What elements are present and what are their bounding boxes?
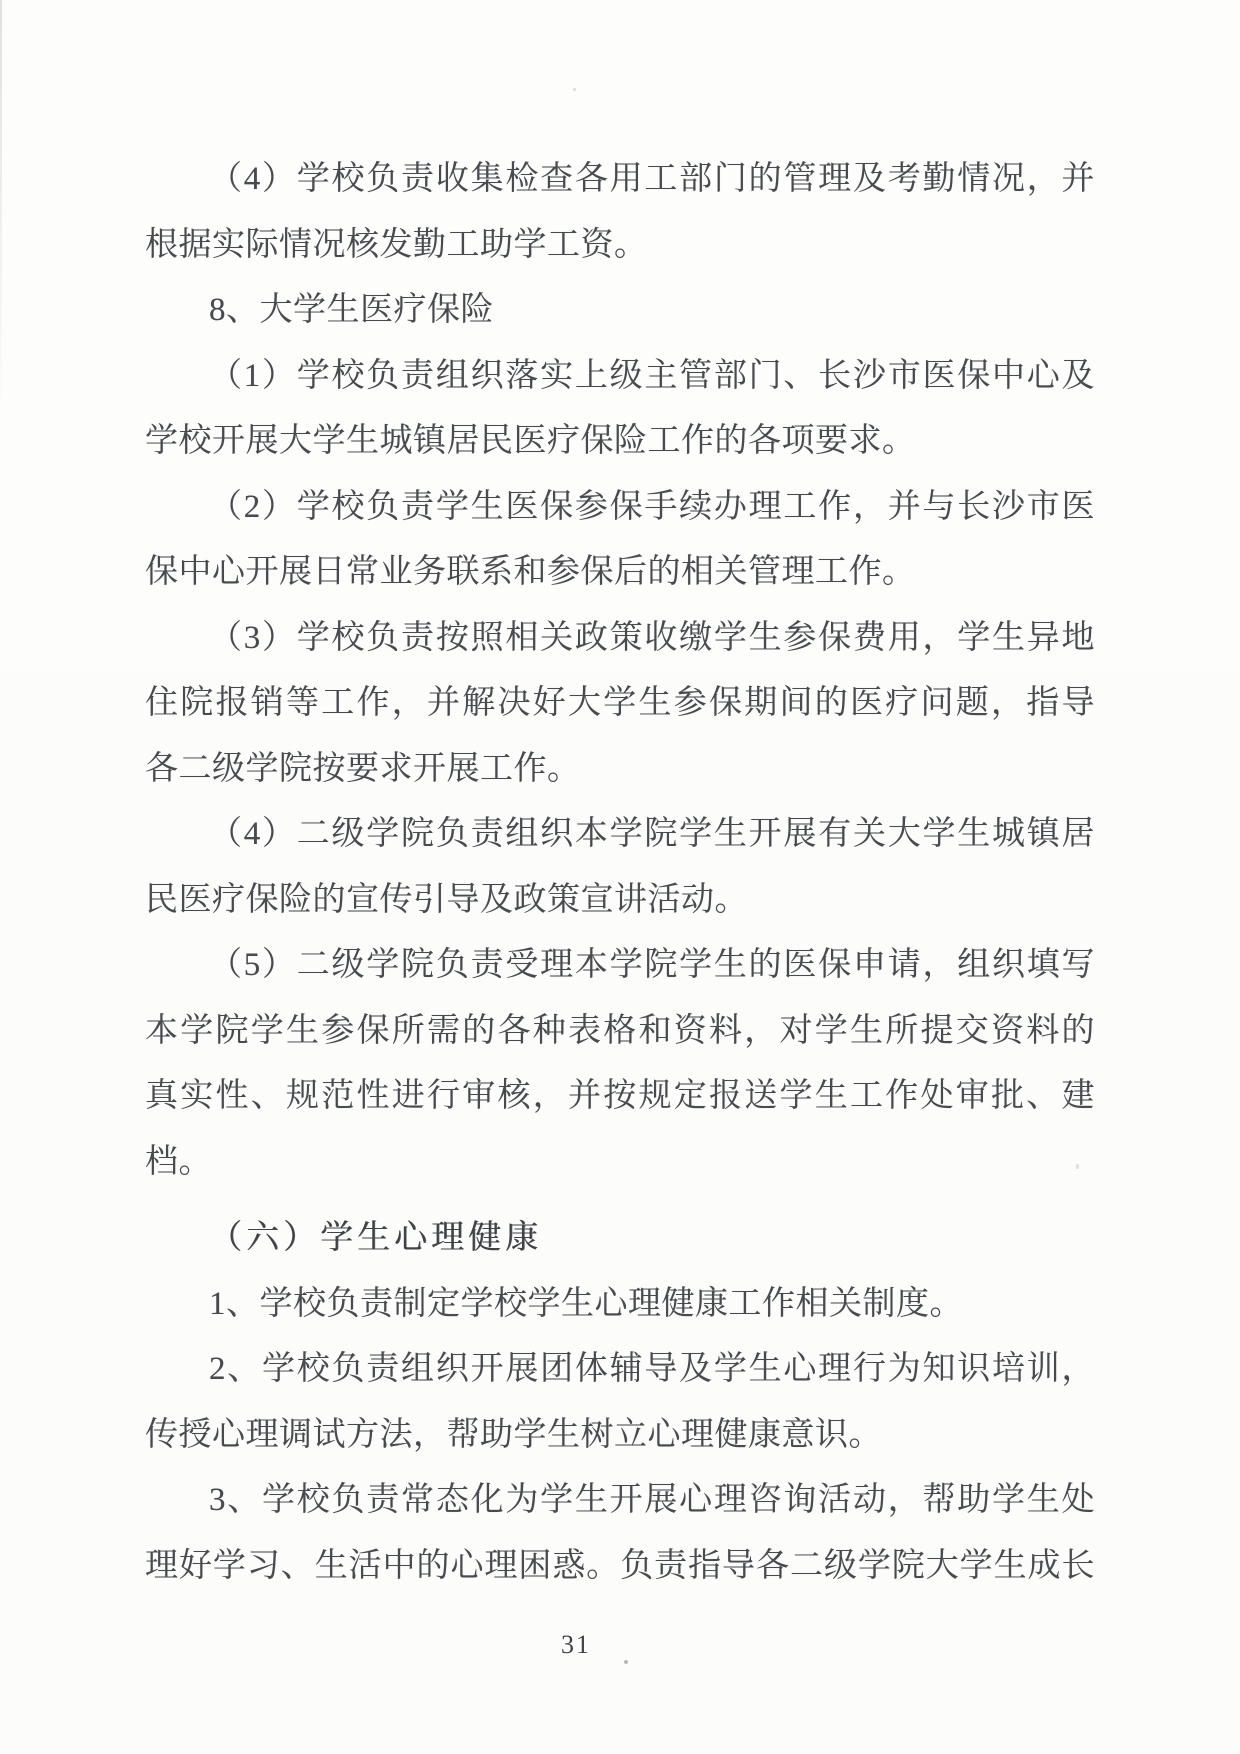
text-line: 档。 [145,1130,1095,1196]
text-line: 真实性、规范性进行审核，并按规定报送学生工作处审批、建 [145,1064,1095,1130]
text-line: 民医疗保险的宣传引导及政策宣讲活动。 [145,868,1095,934]
text-line: （5）二级学院负责受理本学院学生的医保申请，组织填写 [145,933,1095,999]
scanned-page: （4）学校负责收集检查各用工部门的管理及考勤情况，并根据实际情况核发勤工助学工资… [0,0,1240,1754]
text-line: 住院报销等工作，并解决好大学生参保期间的医疗问题，指导 [145,671,1095,737]
page-number: 31 [548,1630,604,1660]
text-line: 学校开展大学生城镇居民医疗保险工作的各项要求。 [145,409,1095,475]
scan-edge-shadow [0,0,2,420]
text-line: 8、大学生医疗保险 [145,278,1095,344]
text-line: （1）学校负责组织落实上级主管部门、长沙市医保中心及 [145,344,1095,410]
text-line: 2、学校负责组织开展团体辅导及学生心理行为知识培训， [145,1337,1095,1403]
scan-speck [573,88,576,91]
text-line: 传授心理调试方法，帮助学生树立心理健康意识。 [145,1403,1095,1469]
text-line: 1、学校负责制定学校学生心理健康工作相关制度。 [145,1272,1095,1338]
document-body: （4）学校负责收集检查各用工部门的管理及考勤情况，并根据实际情况核发勤工助学工资… [145,147,1095,1599]
text-line: 理好学习、生活中的心理困惑。负责指导各二级学院大学生成长 [145,1534,1095,1600]
section-heading: （六）学生心理健康 [145,1206,1095,1272]
text-line: 各二级学院按要求开展工作。 [145,737,1095,803]
text-line: （2）学校负责学生医保参保手续办理工作，并与长沙市医 [145,475,1095,541]
scan-speck [624,1660,628,1664]
text-line: （4）二级学院负责组织本学院学生开展有关大学生城镇居 [145,802,1095,868]
text-line: 根据实际情况核发勤工助学工资。 [145,213,1095,279]
scan-speck [1076,1164,1079,1169]
scan-speck [516,1022,518,1024]
text-line: 3、学校负责常态化为学生开展心理咨询活动，帮助学生处 [145,1468,1095,1534]
text-line: （3）学校负责按照相关政策收缴学生参保费用，学生异地 [145,606,1095,672]
text-line: 保中心开展日常业务联系和参保后的相关管理工作。 [145,540,1095,606]
text-line: （4）学校负责收集检查各用工部门的管理及考勤情况，并 [145,147,1095,213]
text-line: 本学院学生参保所需的各种表格和资料，对学生所提交资料的 [145,999,1095,1065]
